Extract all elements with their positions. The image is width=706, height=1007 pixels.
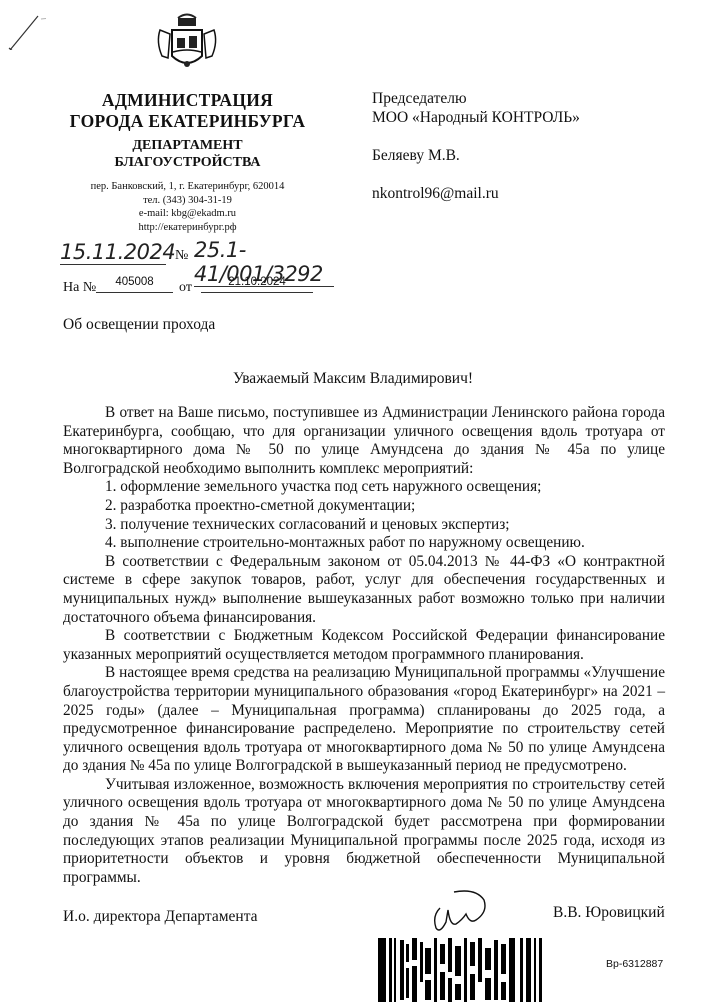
addressee-title: Председателю <box>372 89 580 108</box>
barcode-icon <box>378 938 546 1002</box>
number-sign: № <box>175 248 188 264</box>
greeting: Уважаемый Максим Владимирович! <box>0 370 706 388</box>
signatory-name: В.В. Юровицкий <box>553 904 665 922</box>
list-item: 1. оформление земельного участка под сет… <box>63 478 665 497</box>
org-line-1: АДМИНИСТРАЦИЯ <box>55 90 320 111</box>
list-item: 3. получение технических согласований и … <box>63 516 665 535</box>
signatory-position: И.о. директора Департамента <box>63 908 258 926</box>
checkmark-icon <box>6 10 46 50</box>
reference-date: 21.10.2024 <box>201 276 313 293</box>
reference-row: На № 405008 от 21.10.2024 <box>63 276 323 298</box>
handwritten-signature-icon <box>426 886 506 936</box>
dept-line-2: БЛАГОУСТРОЙСТВА <box>55 154 320 171</box>
letter-subject: Об освещении прохода <box>63 316 215 334</box>
coat-of-arms-icon <box>152 8 222 76</box>
addressee-organization: МОО «Народный КОНТРОЛЬ» <box>372 108 580 127</box>
organization-name: АДМИНИСТРАЦИЯ ГОРОДА ЕКАТЕРИНБУРГА <box>55 90 320 132</box>
addressee-email: nkontrol96@mail.ru <box>372 184 580 203</box>
org-email: e-mail: kbg@ekadm.ru <box>55 207 320 221</box>
paragraph-2: В соответствии с Федеральным законом от … <box>63 553 665 627</box>
org-contacts: пер. Банковский, 1, г. Екатеринбург, 620… <box>55 180 320 234</box>
reference-from-label: от <box>179 280 192 296</box>
paragraph-5: Учитывая изложенное, возможность включен… <box>63 776 665 888</box>
list-item: 2. разработка проектно-сметной документа… <box>63 497 665 516</box>
paragraph-1: В ответ на Ваше письмо, поступившее из А… <box>63 404 665 478</box>
department-name: ДЕПАРТАМЕНТ БЛАГОУСТРОЙСТВА <box>55 137 320 171</box>
org-website: http://екатеринбург.рф <box>55 221 320 235</box>
document-code: Вр-6312887 <box>606 958 663 970</box>
letter-body: В ответ на Ваше письмо, поступившее из А… <box>63 404 665 887</box>
reference-label: На № <box>63 280 96 296</box>
registration-row: 15.11.2024 № 25.1-41/001/3292 <box>60 238 380 268</box>
reference-number: 405008 <box>96 276 173 293</box>
registration-date: 15.11.2024 <box>60 240 166 265</box>
org-address: пер. Банковский, 1, г. Екатеринбург, 620… <box>55 180 320 194</box>
list-item: 4. выполнение строительно-монтажных рабо… <box>63 534 665 553</box>
paragraph-4: В настоящее время средства на реализацию… <box>63 664 665 776</box>
addressee-block: Председателю МОО «Народный КОНТРОЛЬ» Бел… <box>372 89 580 203</box>
dept-line-1: ДЕПАРТАМЕНТ <box>55 137 320 154</box>
org-phone: тел. (343) 304-31-19 <box>55 194 320 208</box>
addressee-name: Беляеву М.В. <box>372 146 580 165</box>
org-line-2: ГОРОДА ЕКАТЕРИНБУРГА <box>55 111 320 132</box>
paragraph-3: В соответствии с Бюджетным Кодексом Росс… <box>63 627 665 664</box>
